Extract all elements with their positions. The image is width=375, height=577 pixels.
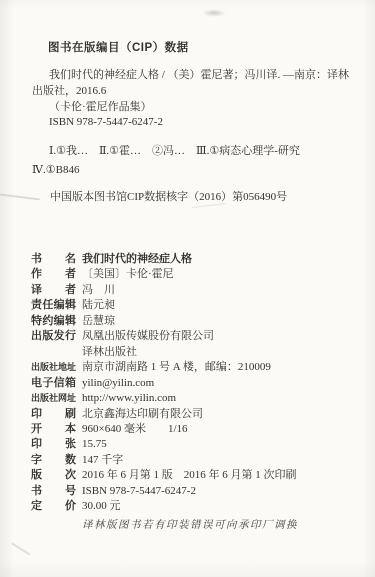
- row-label: 版 次: [31, 468, 76, 483]
- cip-classification: Ⅰ.①我… Ⅱ.①霍… ②冯… Ⅲ.①病态心理学-研究 Ⅳ.①B846: [32, 142, 300, 179]
- table-row: 电子信箱 yilin@yilin.com: [31, 376, 297, 391]
- table-row: 印 刷 北京鑫海达印刷有限公司: [31, 407, 297, 422]
- row-label: 开 本: [31, 422, 76, 437]
- price-value: 30.00 元: [82, 499, 121, 514]
- row-label: 印 刷: [31, 407, 76, 422]
- row-label: 作 者: [31, 267, 76, 282]
- translator-value: 冯 川: [82, 283, 115, 298]
- cip-description-line: 我们时代的神经症人格 / （美）霍尼著；冯川译. —南京：译林: [32, 68, 349, 84]
- editor-value: 陆元昶: [82, 298, 115, 313]
- contributing-editor-value: 岳慧琼: [82, 314, 115, 329]
- cip-description: 我们时代的神经症人格 / （美）霍尼著；冯川译. —南京：译林 出版社，2016…: [32, 68, 349, 131]
- table-row: 书 名 我们时代的神经症人格: [31, 252, 297, 267]
- table-row: 印 张 15.75: [31, 437, 297, 452]
- book-title: 我们时代的神经症人格: [82, 252, 192, 267]
- table-row: 特约编辑 岳慧琼: [31, 314, 297, 329]
- publisher-value: 凤凰出版传媒股份有限公司 译林出版社: [82, 329, 214, 360]
- row-label: 责任编辑: [31, 298, 76, 313]
- sheets-value: 15.75: [82, 437, 107, 452]
- publisher-address-value: 南京市湖南路 1 号 A 楼，邮编：210009: [82, 360, 271, 375]
- row-label: 出版社网址: [31, 391, 76, 406]
- printing-error-note: 译林版图书若有印装错误可向承印厂调换: [82, 517, 298, 532]
- format-value: 960×640 毫米 1/16: [82, 422, 188, 437]
- colophon-table: 书 名 我们时代的神经症人格 作 者 〔美国〕卡伦·霍尼 译 者 冯 川 责任编…: [31, 252, 297, 515]
- row-label: 印 张: [31, 437, 76, 452]
- table-row: 开 本 960×640 毫米 1/16: [31, 422, 297, 437]
- classification-line: Ⅰ.①我… Ⅱ.①霍… ②冯… Ⅲ.①病态心理学-研究: [32, 142, 300, 161]
- scan-smudge: [202, 9, 226, 17]
- row-label: 电子信箱: [31, 376, 76, 391]
- row-label: 书 号: [31, 484, 76, 499]
- table-row: 责任编辑 陆元昶: [31, 298, 297, 313]
- row-label: 字 数: [31, 453, 76, 468]
- table-row: 出版社网址 http://www.yilin.com: [31, 391, 297, 406]
- table-row: 字 数 147 千字: [31, 453, 297, 468]
- row-label: 特约编辑: [31, 314, 76, 329]
- scan-artifact: [0, 194, 40, 200]
- table-row: 译 者 冯 川: [31, 283, 297, 298]
- publisher-line: 凤凰出版传媒股份有限公司: [82, 329, 214, 344]
- table-row: 出版社地址 南京市湖南路 1 号 A 楼，邮编：210009: [31, 360, 297, 375]
- scan-artifact: [11, 542, 31, 555]
- table-row: 作 者 〔美国〕卡伦·霍尼: [31, 267, 297, 282]
- wordcount-value: 147 千字: [82, 453, 123, 468]
- classification-line: Ⅳ.①B846: [32, 161, 300, 180]
- cip-record-number: 中国版本图书馆CIP数据核字（2016）第056490号: [50, 188, 287, 204]
- row-label: 书 名: [31, 252, 76, 267]
- email-value: yilin@yilin.com: [82, 376, 154, 391]
- row-label: 译 者: [31, 283, 76, 298]
- table-row: 版 次 2016 年 6 月第 1 版 2016 年 6 月第 1 次印刷: [31, 468, 297, 483]
- author-value: 〔美国〕卡伦·霍尼: [82, 267, 174, 282]
- series-title: （卡伦·霍尼作品集）: [32, 100, 349, 116]
- website-value: http://www.yilin.com: [82, 391, 176, 406]
- table-row: 出版发行 凤凰出版传媒股份有限公司 译林出版社: [31, 329, 297, 360]
- isbn-value: ISBN 978-7-5447-6247-2: [82, 484, 196, 499]
- printer-value: 北京鑫海达印刷有限公司: [82, 407, 203, 422]
- table-row: 定 价 30.00 元: [31, 499, 297, 514]
- edition-value: 2016 年 6 月第 1 版 2016 年 6 月第 1 次印刷: [82, 468, 297, 483]
- row-label: 出版社地址: [31, 360, 76, 375]
- row-label: 定 价: [31, 499, 76, 514]
- cip-description-line: 出版社，2016.6: [32, 84, 349, 100]
- book-copyright-page: 图书在版编目（CIP）数据 我们时代的神经症人格 / （美）霍尼著；冯川译. —…: [0, 0, 375, 577]
- cip-header: 图书在版编目（CIP）数据: [48, 39, 189, 55]
- table-row: 书 号 ISBN 978-7-5447-6247-2: [31, 484, 297, 499]
- row-label: 出版发行: [31, 329, 76, 360]
- publisher-line: 译林出版社: [82, 345, 214, 360]
- isbn-line: ISBN 978-7-5447-6247-2: [32, 115, 349, 131]
